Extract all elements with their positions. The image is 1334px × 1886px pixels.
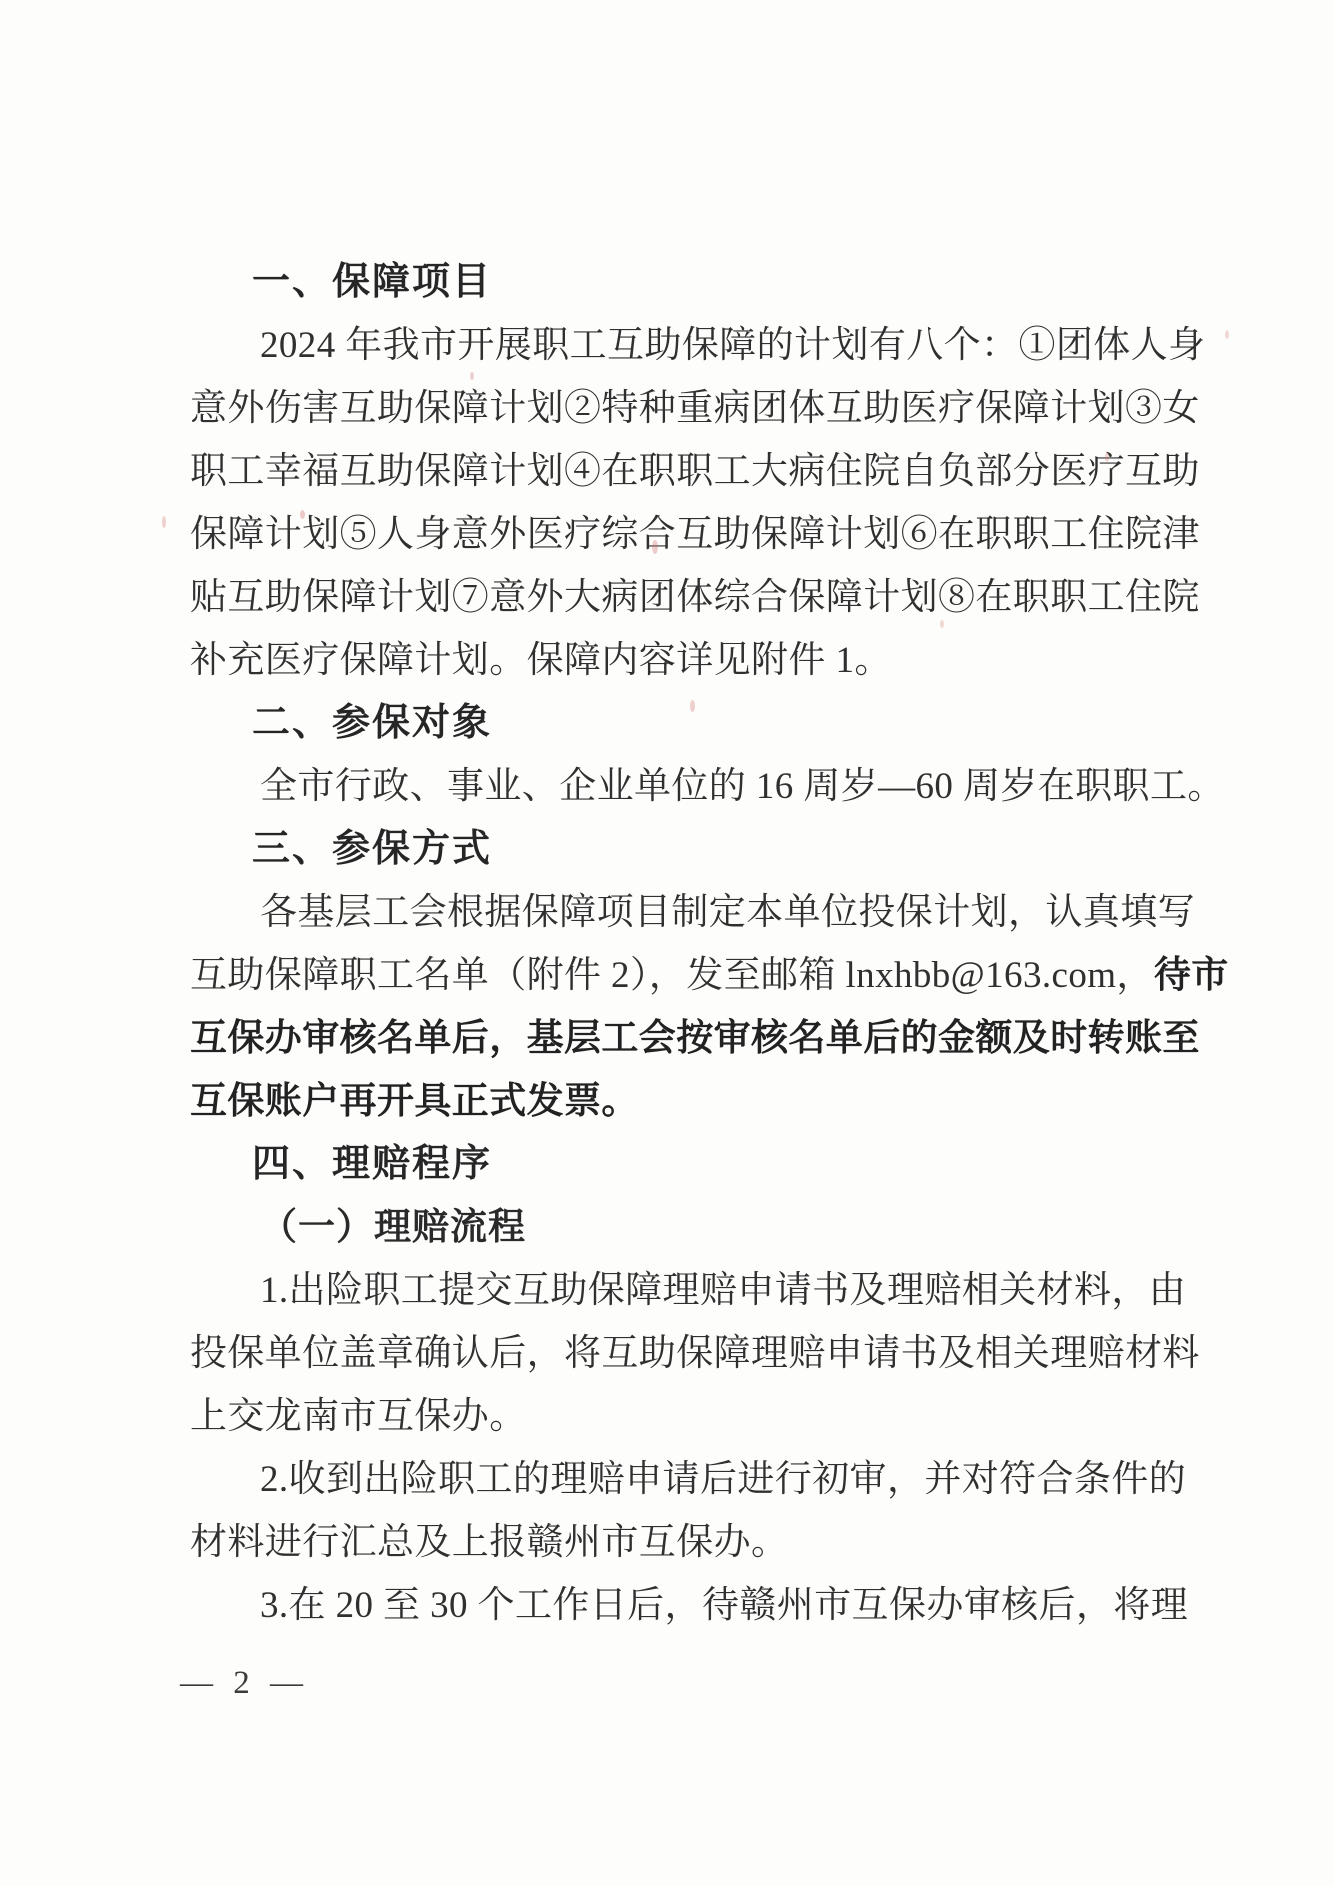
body-line: 补充医疗保障计划。保障内容详见附件 1。 [190, 629, 1170, 692]
page-number: — 2 — [180, 1662, 309, 1704]
subsection-heading: （一）理赔流程 [190, 1196, 1170, 1259]
body-line: 上交龙南市互保办。 [190, 1385, 1170, 1448]
section-heading-3: 三、参保方式 [190, 818, 1170, 881]
scan-artifact [1225, 330, 1229, 339]
body-line: 2.收到出险职工的理赔申请后进行初审，并对符合条件的 [190, 1448, 1170, 1511]
body-line: 2024 年我市开展职工互助保障的计划有八个：①团体人身 [190, 314, 1170, 377]
body-line: 保障计划⑤人身意外医疗综合互助保障计划⑥在职职工住院津 [190, 503, 1170, 566]
body-line-mixed: 互助保障职工名单（附件 2），发至邮箱 lnxhbb@163.com，待市 [190, 944, 1170, 1007]
section-heading-2: 二、参保对象 [190, 692, 1170, 755]
body-line: 职工幸福互助保障计划④在职职工大病住院自负部分医疗互助 [190, 440, 1170, 503]
body-line: 各基层工会根据保障项目制定本单位投保计划，认真填写 [190, 881, 1170, 944]
scanned-document-page: 一、保障项目 2024 年我市开展职工互助保障的计划有八个：①团体人身 意外伤害… [0, 0, 1334, 1886]
body-line-bold: 互保办审核名单后，基层工会按审核名单后的金额及时转账至 [190, 1007, 1170, 1070]
document-body: 一、保障项目 2024 年我市开展职工互助保障的计划有八个：①团体人身 意外伤害… [190, 251, 1170, 1637]
body-line: 1.出险职工提交互助保障理赔申请书及理赔相关材料，由 [190, 1259, 1170, 1322]
body-line-bold: 互保账户再开具正式发票。 [190, 1070, 1170, 1133]
body-line: 贴互助保障计划⑦意外大病团体综合保障计划⑧在职职工住院 [190, 566, 1170, 629]
body-line: 材料进行汇总及上报赣州市互保办。 [190, 1511, 1170, 1574]
body-text: 互助保障职工名单（附件 2），发至邮箱 lnxhbb@163.com， [190, 955, 1154, 996]
body-line: 意外伤害互助保障计划②特种重病团体互助医疗保障计划③女 [190, 377, 1170, 440]
body-line: 3.在 20 至 30 个工作日后，待赣州市互保办审核后，将理 [190, 1574, 1170, 1637]
body-line: 投保单位盖章确认后，将互助保障理赔申请书及相关理赔材料 [190, 1322, 1170, 1385]
section-heading-1: 一、保障项目 [190, 251, 1170, 314]
scan-artifact [162, 516, 166, 528]
section-heading-4: 四、理赔程序 [190, 1133, 1170, 1196]
body-line: 全市行政、事业、企业单位的 16 周岁—60 周岁在职职工。 [190, 755, 1170, 818]
body-text-bold: 待市 [1154, 955, 1229, 996]
